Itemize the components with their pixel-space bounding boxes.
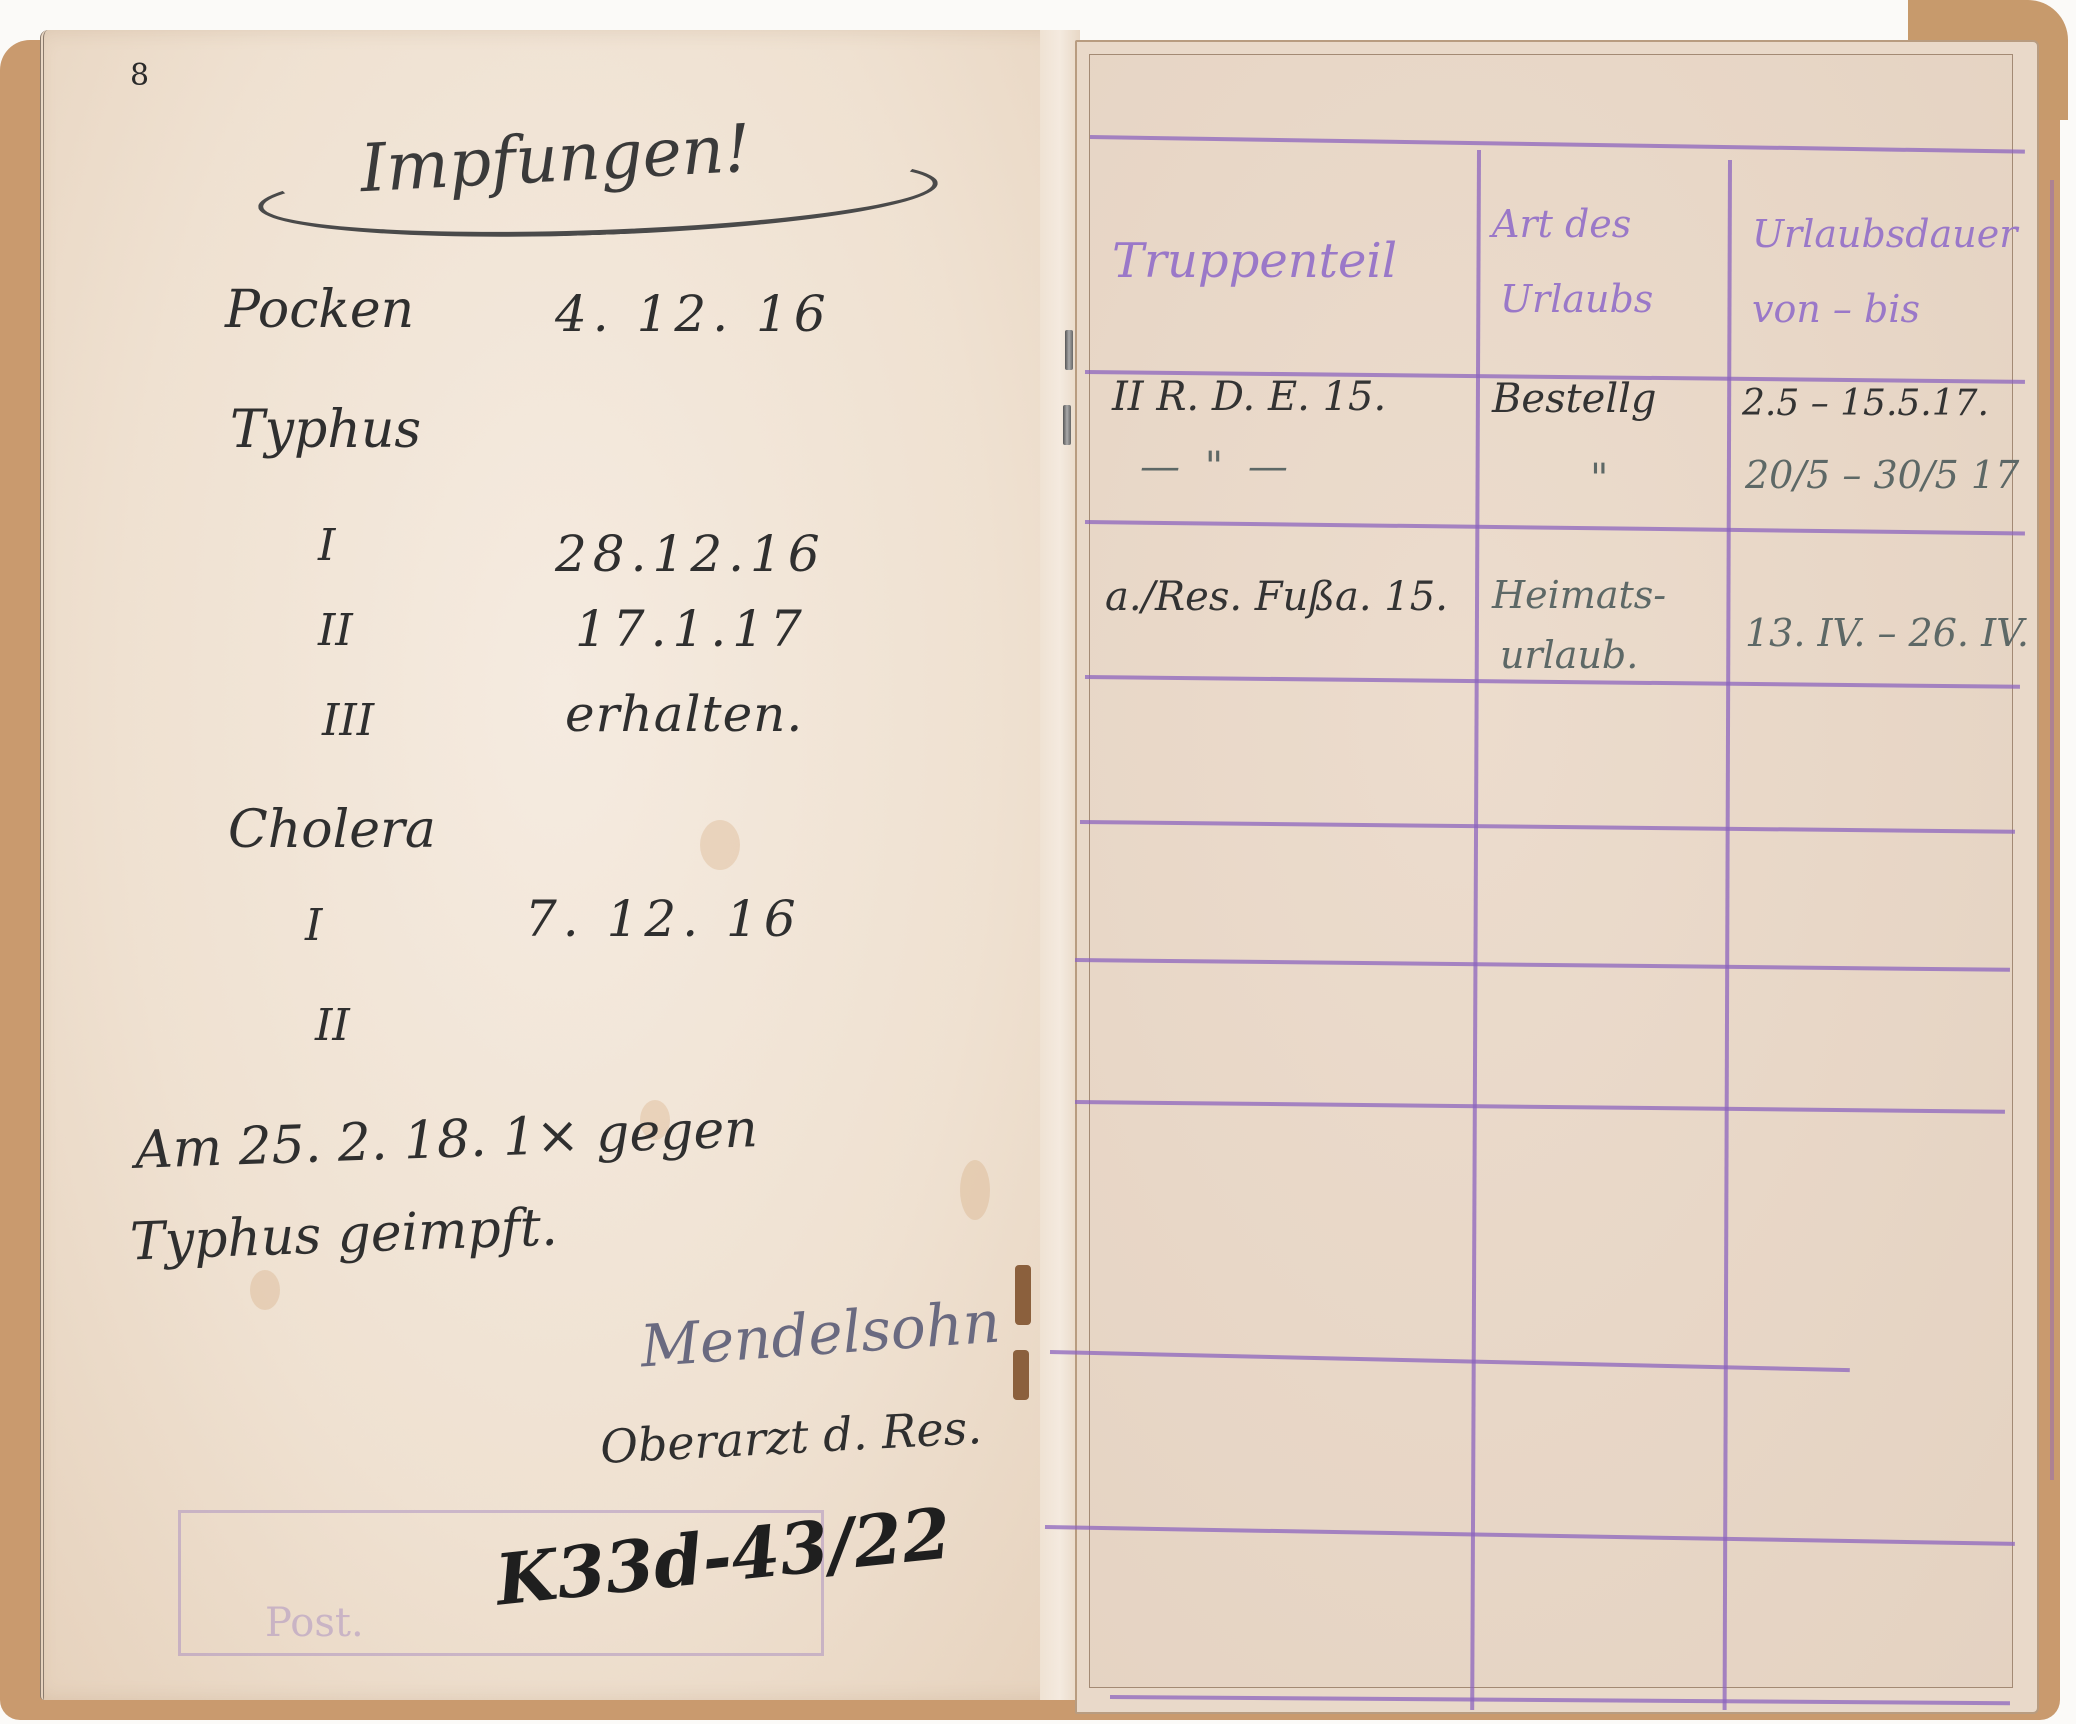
vaccination-date: 17.1.17: [575, 600, 808, 658]
dose-label: I: [318, 520, 335, 571]
binding-staple: [1063, 405, 1071, 445]
cell-art-line2: urlaub.: [1500, 630, 1638, 681]
vaccination-name-pocken: Pocken: [225, 280, 414, 340]
column-header-art-line2: Urlaubs: [1500, 275, 1653, 324]
vaccination-date: 4. 12. 16: [555, 285, 832, 343]
dose-label: II: [318, 605, 353, 656]
cell-art-line1: Heimats-: [1492, 570, 1666, 621]
cell-truppenteil: a./Res. Fußa. 15.: [1105, 570, 1448, 624]
page-number: 8: [130, 58, 149, 93]
faint-stamp-text: Post.: [265, 1600, 364, 1646]
column-header-truppenteil: Truppenteil: [1112, 230, 1397, 292]
vaccination-date: 7. 12. 16: [525, 890, 802, 948]
foxing-stain: [250, 1270, 280, 1310]
vaccination-date: 28.12.16: [555, 525, 826, 583]
cell-art: Bestellg: [1492, 372, 1657, 426]
vaccination-status: erhalten.: [565, 685, 803, 743]
vaccination-name-cholera: Cholera: [228, 800, 436, 860]
booklet-gutter: [1040, 30, 1080, 1700]
dose-label: II: [315, 1000, 350, 1051]
rust-staple: [1013, 1350, 1029, 1400]
binding-staple: [1065, 330, 1073, 370]
foxing-stain: [700, 820, 740, 870]
vaccination-name-typhus: Typhus: [230, 400, 421, 460]
dose-label: I: [305, 900, 322, 951]
cell-dauer: 2.5 – 15.5.17.: [1742, 380, 1989, 429]
column-header-dauer-line1: Urlaubsdauer: [1752, 210, 2017, 259]
cell-truppenteil-ditto: — " —: [1140, 440, 1294, 494]
cell-dauer: 20/5 – 30/5 17: [1745, 450, 2019, 501]
dose-label: III: [322, 695, 374, 746]
column-header-dauer-line2: von – bis: [1752, 285, 1920, 334]
column-header-art-line1: Art des: [1492, 200, 1631, 249]
table-right-rule: [2050, 180, 2054, 1480]
cell-art-ditto: ": [1590, 452, 1608, 506]
cell-truppenteil: II R. D. E. 15.: [1112, 370, 1386, 424]
foxing-stain: [960, 1160, 990, 1220]
cell-dauer: 13. IV. – 26. IV.: [1745, 608, 2029, 659]
rust-staple: [1015, 1265, 1031, 1325]
